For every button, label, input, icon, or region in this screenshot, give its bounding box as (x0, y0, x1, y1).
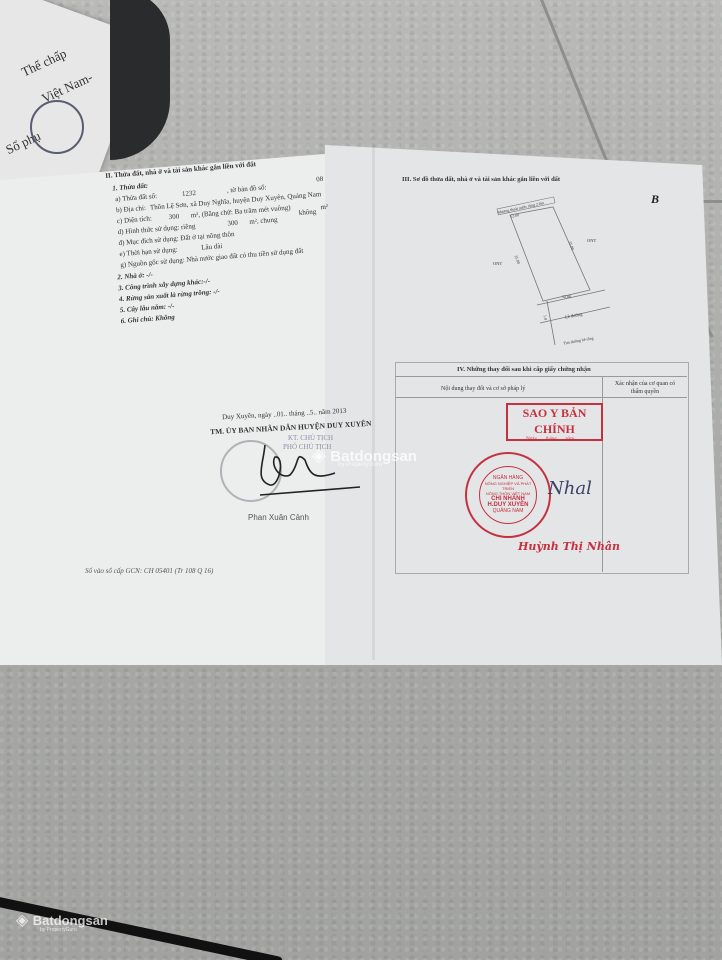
bank-signer-name: Huỳnh Thị Nhân (518, 540, 620, 553)
north-marker-icon: B (651, 192, 659, 207)
column-header: Xác nhận của cơ quan có thẩm quyền (610, 380, 680, 396)
table-divider (395, 376, 687, 377)
plot-label: 1.0 (543, 315, 549, 321)
background-stamp (30, 100, 84, 154)
watermark: ◈ Batdongsan by PropertyGuru (16, 910, 108, 933)
official-signer-name: Phan Xuân Cảnh (248, 513, 309, 522)
watermark-logo-icon: ◈ (16, 912, 28, 929)
certified-copy-stamp: SAO Y BẢN CHÍNH Ngày ..... tháng ..... n… (506, 403, 603, 441)
bank-stamp: NGÂN HÀNG NÔNG NGHIỆP VÀ PHÁT TRIỂN NÔNG… (465, 452, 551, 538)
bank-signature: Nhal (548, 478, 592, 499)
plot-neighbor: ONT (587, 238, 596, 243)
watermark: ◈ Batdongsan by PropertyGuru (312, 445, 417, 468)
plot-neighbor: ONT (493, 261, 502, 266)
plot-label: 12.00 (562, 294, 571, 299)
land-plot-diagram (480, 195, 640, 345)
registry-number: Số vào sổ cấp GCN: CH 05401 (Tr 108 Q 16… (85, 567, 213, 575)
section-iv-title: IV. Những thay đổi sau khi cấp giấy chứn… (457, 366, 591, 373)
column-header: Nội dung thay đổi và cơ sở pháp lý (441, 386, 525, 392)
page-fold (372, 145, 375, 660)
table-divider (395, 397, 687, 398)
section-iii-title: III. Sơ đồ thửa đất, nhà ở và tài sản kh… (402, 176, 560, 183)
watermark-logo-icon: ◈ (312, 445, 326, 465)
